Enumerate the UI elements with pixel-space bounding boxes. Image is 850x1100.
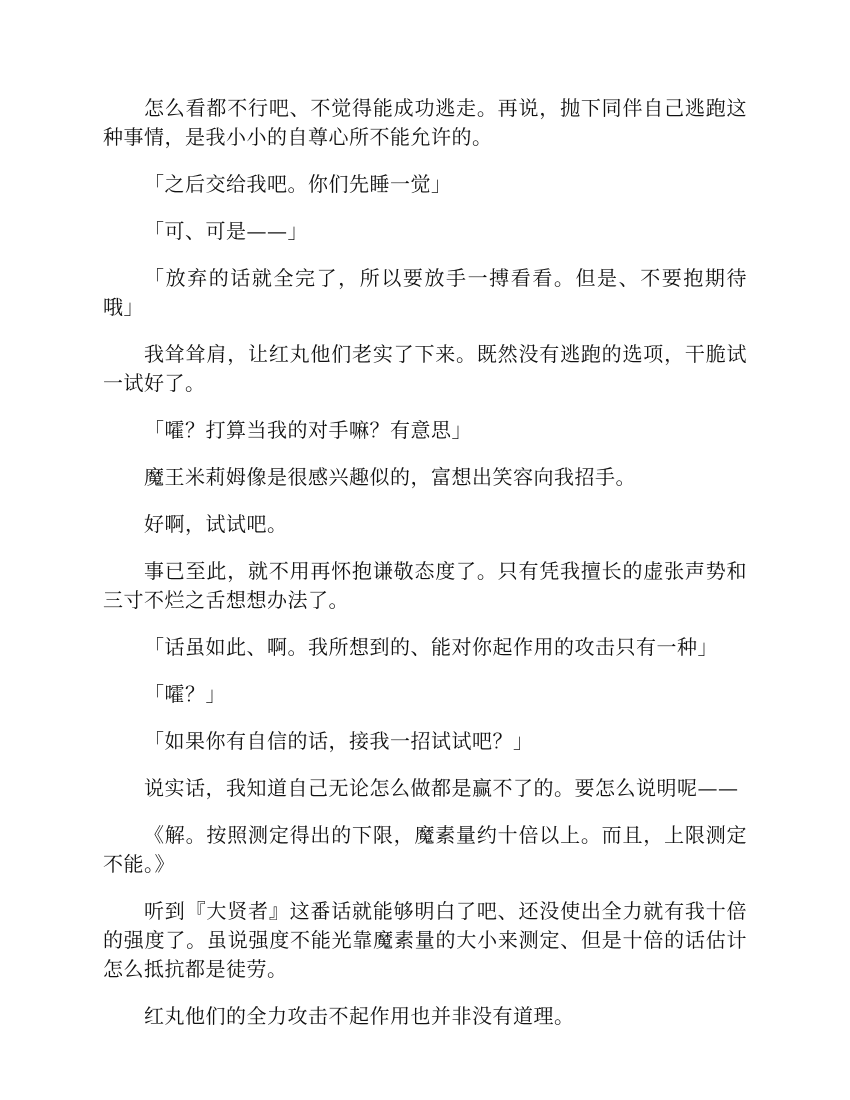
paragraph-10: 「话虽如此、啊。我所想到的、能对你起作用的攻击只有一种」 [103,633,747,662]
paragraph-15: 听到『大贤者』这番话就能够明白了吧、还没使出全力就有我十倍的强度了。虽说强度不能… [103,897,747,984]
paragraph-6: 「嚯？打算当我的对手嘛？有意思」 [103,416,747,445]
paragraph-1: 怎么看都不行吧、不觉得能成功逃走。再说，抛下同伴自己逃跑这种事情，是我小小的自尊… [103,94,747,152]
paragraph-9: 事已至此，就不用再怀抱谦敬态度了。只有凭我擅长的虚张声势和三寸不烂之舌想想办法了… [103,557,747,615]
paragraph-14: 《解。按照测定得出的下限，魔素量约十倍以上。而且，上限测定不能。》 [103,821,747,879]
paragraph-5: 我耸耸肩，让红丸他们老实了下来。既然没有逃跑的选项，干脆试一试好了。 [103,340,747,398]
paragraph-3: 「可、可是——」 [103,217,747,246]
document-page: 怎么看都不行吧、不觉得能成功逃走。再说，抛下同伴自己逃跑这种事情，是我小小的自尊… [103,94,747,1049]
paragraph-11: 「嚯？」 [103,680,747,709]
paragraph-12: 「如果你有自信的话，接我一招试试吧？」 [103,727,747,756]
paragraph-8: 好啊，试试吧。 [103,510,747,539]
paragraph-16: 红丸他们的全力攻击不起作用也并非没有道理。 [103,1002,747,1031]
paragraph-7: 魔王米莉姆像是很感兴趣似的，富想出笑容向我招手。 [103,463,747,492]
paragraph-2: 「之后交给我吧。你们先睡一觉」 [103,170,747,199]
paragraph-4: 「放弃的话就全完了，所以要放手一搏看看。但是、不要抱期待哦」 [103,264,747,322]
paragraph-13: 说实话，我知道自己无论怎么做都是赢不了的。要怎么说明呢—— [103,774,747,803]
